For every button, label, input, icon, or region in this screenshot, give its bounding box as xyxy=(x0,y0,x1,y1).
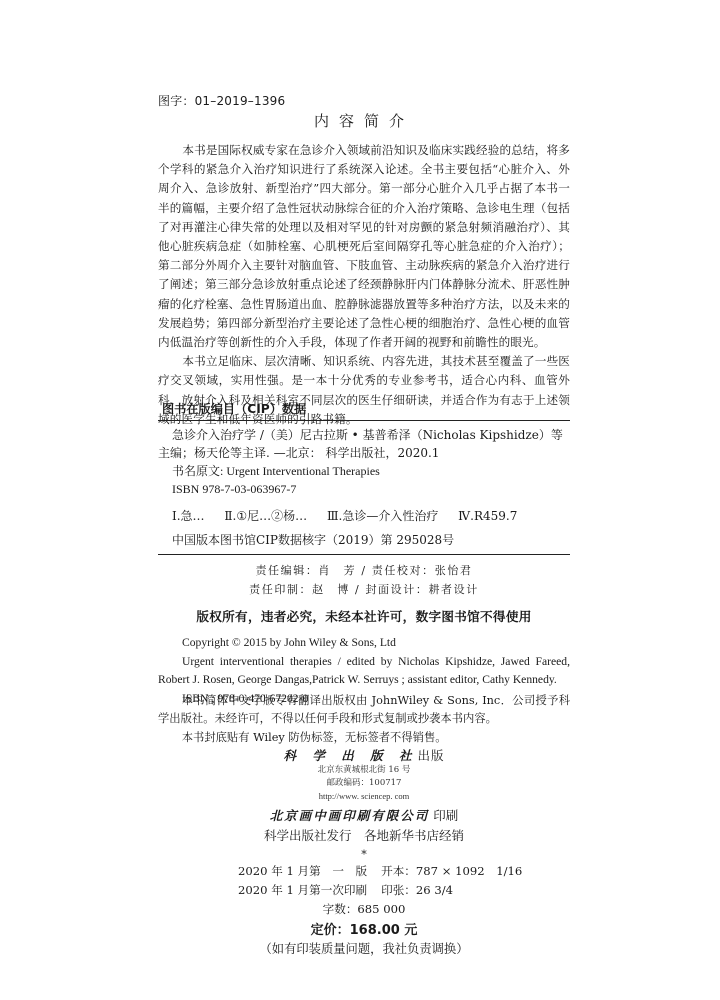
edition-specs: 2020 年 1 月第 一 版开本：787 × 1092 1/16 2020 年… xyxy=(238,862,536,900)
printer-block: 北京画中画印刷有限公司 印刷 科学出版社发行 各地新华书店经销 xyxy=(158,806,570,846)
cip-title: 图书在版编目（CIP）数据 xyxy=(162,400,306,417)
publisher-name: 科 学 出 版 社出版 xyxy=(158,746,570,764)
cip-isbn: ISBN 978-7-03-063967-7 xyxy=(158,480,570,498)
divider-line xyxy=(158,554,570,555)
printer-name: 北京画中画印刷有限公司 印刷 xyxy=(158,806,570,826)
price: 定价：168.00 元 xyxy=(158,919,570,938)
responsible-editors: 责任编辑：肖 芳 / 责任校对：张怡君 责任印制：赵 博 / 封面设计：耕者设计 xyxy=(158,561,570,599)
classification-item: Ⅰ.急… xyxy=(172,509,205,523)
distribution-line: 科学出版社发行 各地新华书店经销 xyxy=(158,826,570,846)
editors-line: 责任印制：赵 博 / 封面设计：耕者设计 xyxy=(158,580,570,599)
registration-number: 图字：01–2019–1396 xyxy=(158,92,285,109)
cip-record: 急诊介入治疗学 /（美）尼古拉斯 • 基普希泽（Nicholas Kipshid… xyxy=(158,426,570,549)
citation-line: Robert J. Rosen, George Dangas,Patrick W… xyxy=(158,671,570,690)
license-notes: 本书简体中文字版专有翻译出版权由 JohnWiley & Sons, Inc．公… xyxy=(158,692,570,747)
intro-paragraph: 本书立足临床、层次清晰、知识系统、内容先进，其技术甚至覆盖了一些医疗交叉领域，实… xyxy=(158,352,570,429)
rights-statement: 版权所有，违者必究，未经本社许可，数字图书馆不得使用 xyxy=(158,606,570,625)
divider-line xyxy=(158,420,570,421)
edition-row: 2020 年 1 月第 一 版开本：787 × 1092 1/16 xyxy=(238,862,536,881)
separator-star: * xyxy=(158,848,570,861)
quality-notice: （如有印装质量问题，我社负责调换） xyxy=(158,939,570,957)
word-count: 字数：685 000 xyxy=(158,901,570,917)
classification-item: Ⅲ.急诊—介入性治疗 xyxy=(327,509,438,523)
cip-original-title: 书名原文: Urgent Interventional Therapies xyxy=(158,462,570,480)
publisher-postcode: 邮政编码：100717 xyxy=(158,777,570,790)
printing-row: 2020 年 1 月第一次印刷印张：26 3/4 xyxy=(238,881,536,900)
publisher-block: 科 学 出 版 社出版 北京东黄城根北街 16 号 邮政编码：100717 ht… xyxy=(158,746,570,803)
citation-line: Urgent interventional therapies / edited… xyxy=(158,653,570,672)
publisher-address: 北京东黄城根北街 16 号 xyxy=(158,764,570,777)
publisher-logo-text: 科 学 出 版 社 xyxy=(284,748,418,763)
license-note: 本书简体中文字版专有翻译出版权由 JohnWiley & Sons, Inc．公… xyxy=(158,692,570,729)
cip-title-line: 急诊介入治疗学 /（美）尼古拉斯 • 基普希泽（Nicholas Kipshid… xyxy=(158,426,570,444)
intro-paragraph: 本书是国际权威专家在急诊介入领域前沿知识及临床实践经验的总结，将多个学科的紧急介… xyxy=(158,141,570,352)
cip-editor-line: 主编；杨天伦等主译. —北京： 科学出版社，2020.1 xyxy=(158,444,570,462)
cip-classification: Ⅰ.急… Ⅱ.①尼…②杨… Ⅲ.急诊—介入性治疗 Ⅳ.R459.7 xyxy=(158,507,570,525)
classification-item: Ⅱ.①尼…②杨… xyxy=(224,509,307,523)
cip-verification: 中国版本图书馆CIP数据核字（2019）第 295028号 xyxy=(158,531,570,549)
classification-item: Ⅳ.R459.7 xyxy=(458,509,517,523)
intro-section: 本书是国际权威专家在急诊介入领域前沿知识及临床实践经验的总结，将多个学科的紧急介… xyxy=(158,141,570,429)
editors-line: 责任编辑：肖 芳 / 责任校对：张怡君 xyxy=(158,561,570,580)
license-note: 本书封底贴有 Wiley 防伪标签，无标签者不得销售。 xyxy=(158,729,570,747)
intro-title: 内容简介 xyxy=(158,110,570,131)
copyright-line: Copyright © 2015 by John Wiley & Sons, L… xyxy=(158,634,570,653)
publisher-url: http://www. sciencep. com xyxy=(158,790,570,803)
